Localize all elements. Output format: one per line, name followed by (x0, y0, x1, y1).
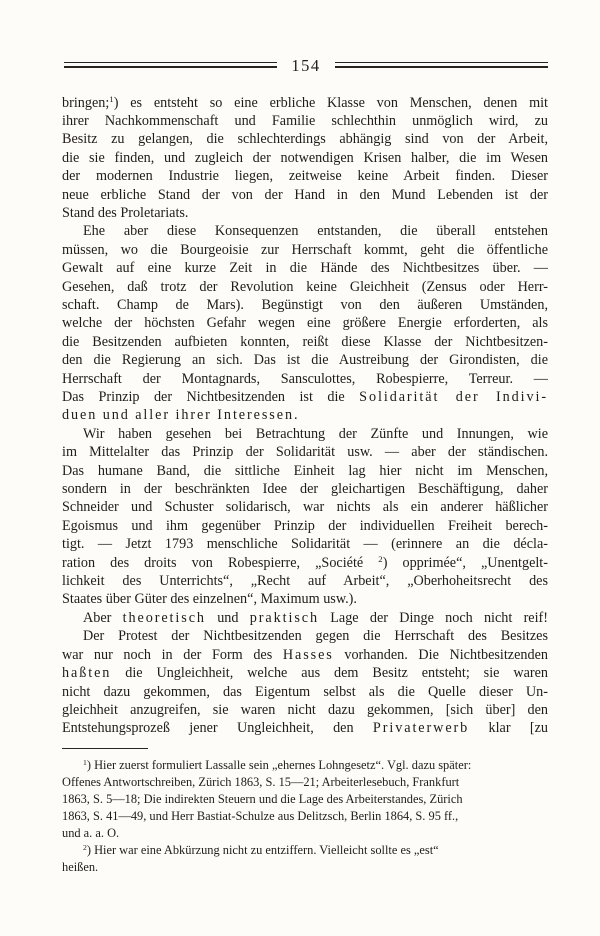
text-segment: theoretisch (123, 610, 206, 626)
text-line: ihrer Nachkommenschaft und Familie schle… (62, 112, 548, 130)
text-segment: Gesehen, daß trotz der Revolution keine … (62, 279, 548, 295)
running-head: 154 (64, 57, 548, 74)
text-segment: Stand des Proletariats. (62, 205, 188, 221)
page-number: 154 (277, 58, 334, 75)
paragraph: Aber theoretisch und praktisch Lage der … (62, 609, 548, 627)
text-segment: ) Hier zuerst formuliert Lassalle sein „… (87, 758, 471, 772)
text-line: Egoismus und ihm gegenüber Prinzip der i… (62, 517, 548, 535)
paragraph: bringen;1) es entsteht so eine erbliche … (62, 94, 548, 223)
text-line: Gewalt auf eine kurze Zeit in die Hände … (62, 259, 548, 277)
text-line: 2) Hier war eine Abkürzung nicht zu entz… (62, 842, 548, 859)
text-line: war nur noch in der Form des Hasses vorh… (62, 646, 548, 664)
text-segment: Offenes Antwortschreiben, Zürich 1863, S… (62, 775, 459, 789)
text-segment: lichkeit des Unterrichts“, „Recht auf Ar… (62, 573, 548, 589)
text-segment: bringen; (62, 95, 109, 111)
text-segment: und a. a. O. (62, 826, 119, 840)
text-segment: ) opprimée“, „Unentgelt- (383, 555, 548, 571)
text-line: Gesehen, daß trotz der Revolution keine … (62, 278, 548, 296)
text-segment: Lage der Dinge noch nicht reif! (319, 610, 548, 626)
text-segment: Ehe aber diese Konsequenzen entstanden, … (83, 223, 548, 239)
text-segment: ) es entsteht so eine erbliche Klasse vo… (114, 95, 548, 111)
header-rule-right (335, 62, 548, 68)
text-segment: Entstehungsprozeß jener Ungleichheit, de… (62, 720, 373, 736)
paragraph: Ehe aber diese Konsequenzen entstanden, … (62, 222, 548, 424)
scanned-book-page: 154 bringen;1) es entsteht so eine erbli… (0, 0, 600, 936)
text-line: tigt. — Jetzt 1793 menschliche Solidarit… (62, 535, 548, 553)
text-segment: Herrschaft der Montagnards, Sansculottes… (62, 371, 548, 387)
text-segment: Hasses (283, 647, 334, 663)
text-line: Aber theoretisch und praktisch Lage der … (62, 609, 548, 627)
text-line: Wir haben gesehen bei Betrachtung der Zü… (62, 425, 548, 443)
text-segment: haßten (62, 665, 111, 681)
text-line: Das Prinzip der Nichtbesitzenden ist die… (62, 388, 548, 406)
text-line: der modernen Industrie liegen, zeitweise… (62, 167, 548, 185)
text-segment: Egoismus und ihm gegenüber Prinzip der i… (62, 518, 548, 534)
text-segment: 1863, S. 5—18; Die indirekten Steuern un… (62, 792, 463, 806)
text-segment: Aber (83, 610, 123, 626)
text-segment: Staates über Güter des einzelnen“, Maxim… (62, 591, 357, 607)
text-segment: Privaterwerb (373, 720, 469, 736)
text-segment: den die Regierung an sich. Das ist die A… (62, 352, 548, 368)
text-segment: 1863, S. 41—49, und Herr Bastiat-Schulze… (62, 809, 458, 823)
text-line: heißen. (62, 859, 548, 876)
text-segment: klar [zu (469, 720, 548, 736)
text-segment: ) Hier war eine Abkürzung nicht zu entzi… (87, 843, 439, 857)
text-segment: vorhanden. Die Nichtbesitzenden (334, 647, 548, 663)
footnote-item: 2) Hier war eine Abkürzung nicht zu entz… (62, 842, 548, 876)
paragraph: Wir haben gesehen bei Betrachtung der Zü… (62, 425, 548, 609)
text-segment: der modernen Industrie liegen, zeitweise… (62, 168, 548, 184)
text-line: neue erbliche Stand der von der Hand in … (62, 186, 548, 204)
text-segment: müssen, wo die Bourgeoisie zur Herrschaf… (62, 242, 548, 258)
text-segment: ration des droits von Robespierre, „Soci… (62, 555, 378, 571)
text-line: ration des droits von Robespierre, „Soci… (62, 554, 548, 572)
text-segment: und (206, 610, 250, 626)
footnote-item: 1) Hier zuerst formuliert Lassalle sein … (62, 757, 548, 842)
text-segment: Das humane Band, die sittliche Einheit l… (62, 463, 548, 479)
text-segment: Wir haben gesehen bei Betrachtung der Zü… (83, 426, 548, 442)
text-segment: sondern in der beschränkten Idee der gle… (62, 481, 548, 497)
body-text: bringen;1) es entsteht so eine erbliche … (62, 94, 548, 738)
text-line: Herrschaft der Montagnards, Sansculottes… (62, 370, 548, 388)
text-segment: Das Prinzip der Nichtbesitzenden ist die (62, 389, 359, 405)
text-segment: welche der höchsten Gefahr wegen eine gr… (62, 315, 548, 331)
text-segment: Solidarität der Indivi- (359, 389, 548, 405)
text-line: lichkeit des Unterrichts“, „Recht auf Ar… (62, 572, 548, 590)
text-segment: die sie finden, und zugleich der notwend… (62, 150, 548, 166)
text-segment: die Ungleichheit, welche aus dem Besitz … (111, 665, 548, 681)
text-line: duen und aller ihrer Interessen. (62, 406, 548, 424)
text-segment: schaft. Champ de Mars). Begünstigt von d… (62, 297, 548, 313)
text-segment: duen und aller ihrer Interessen. (62, 407, 299, 423)
text-segment: nicht dazu gekommen, das Eigentum selbst… (62, 684, 548, 700)
text-line: die sie finden, und zugleich der notwend… (62, 149, 548, 167)
text-line: 1) Hier zuerst formuliert Lassalle sein … (62, 757, 548, 774)
text-line: und a. a. O. (62, 825, 548, 842)
footnotes-list: 1) Hier zuerst formuliert Lassalle sein … (62, 757, 548, 876)
text-line: sondern in der beschränkten Idee der gle… (62, 480, 548, 498)
text-segment: Der Protest der Nichtbesitzenden gegen d… (83, 628, 548, 644)
text-segment: im Mittelalter das Prinzip der Solidarit… (62, 444, 548, 460)
text-segment: gleichheit anzugreifen, sie waren nicht … (62, 702, 548, 718)
text-line: den die Regierung an sich. Das ist die A… (62, 351, 548, 369)
text-line: Entstehungsprozeß jener Ungleichheit, de… (62, 719, 548, 737)
text-line: Besitz zu gelangen, die schlechterdings … (62, 130, 548, 148)
text-segment: die Besitzenden aufbieten konnten, reißt… (62, 334, 548, 350)
text-line: im Mittelalter das Prinzip der Solidarit… (62, 443, 548, 461)
text-segment: war nur noch in der Form des (62, 647, 283, 663)
text-line: schaft. Champ de Mars). Begünstigt von d… (62, 296, 548, 314)
text-line: nicht dazu gekommen, das Eigentum selbst… (62, 683, 548, 701)
text-line: müssen, wo die Bourgeoisie zur Herrschaf… (62, 241, 548, 259)
text-line: Das humane Band, die sittliche Einheit l… (62, 462, 548, 480)
text-segment: heißen. (62, 860, 98, 874)
text-line: haßten die Ungleichheit, welche aus dem … (62, 664, 548, 682)
footnote-separator (62, 748, 148, 749)
text-line: 1863, S. 5—18; Die indirekten Steuern un… (62, 791, 548, 808)
text-segment: ihrer Nachkommenschaft und Familie schle… (62, 113, 548, 129)
text-line: Schneider und Schuster solidarisch, war … (62, 498, 548, 516)
text-line: Ehe aber diese Konsequenzen entstanden, … (62, 222, 548, 240)
text-line: Offenes Antwortschreiben, Zürich 1863, S… (62, 774, 548, 791)
text-segment: neue erbliche Stand der von der Hand in … (62, 187, 548, 203)
text-segment: Schneider und Schuster solidarisch, war … (62, 499, 548, 515)
paragraph: Der Protest der Nichtbesitzenden gegen d… (62, 627, 548, 737)
text-line: Der Protest der Nichtbesitzenden gegen d… (62, 627, 548, 645)
text-segment: tigt. — Jetzt 1793 menschliche Solidarit… (62, 536, 548, 552)
text-line: welche der höchsten Gefahr wegen eine gr… (62, 314, 548, 332)
text-line: Stand des Proletariats. (62, 204, 548, 222)
text-segment: Besitz zu gelangen, die schlechterdings … (62, 131, 548, 147)
header-rule-left (64, 62, 277, 68)
text-segment: Gewalt auf eine kurze Zeit in die Hände … (62, 260, 548, 276)
text-line: 1863, S. 41—49, und Herr Bastiat-Schulze… (62, 808, 548, 825)
text-line: die Besitzenden aufbieten konnten, reißt… (62, 333, 548, 351)
text-segment: praktisch (250, 610, 319, 626)
text-line: bringen;1) es entsteht so eine erbliche … (62, 94, 548, 112)
text-line: gleichheit anzugreifen, sie waren nicht … (62, 701, 548, 719)
text-line: Staates über Güter des einzelnen“, Maxim… (62, 590, 548, 608)
